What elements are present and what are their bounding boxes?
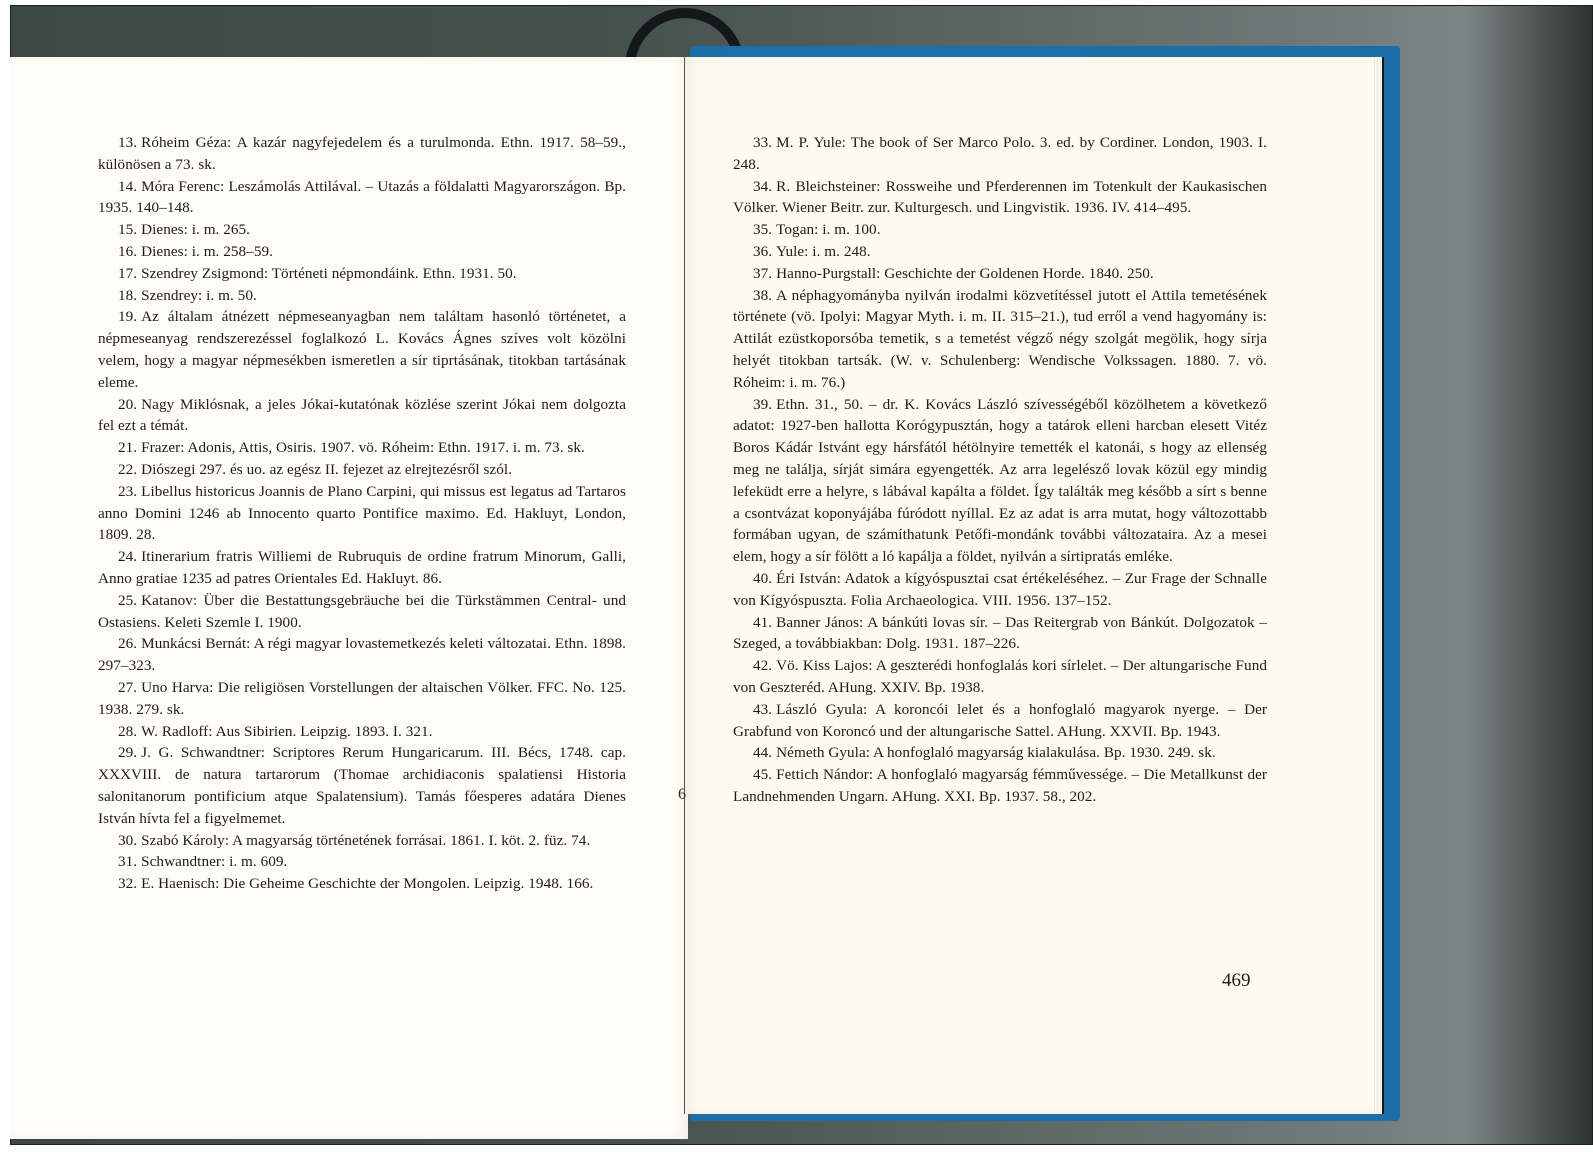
footnote-40: 40.Éri István: Adatok a kígyóspusztai cs… bbox=[733, 568, 1267, 612]
footnote-41: 41.Banner János: A bánkúti lovas sír. – … bbox=[733, 612, 1267, 656]
footnote-32: 32.E. Haenisch: Die Geheime Geschichte d… bbox=[98, 873, 626, 895]
footnote-24: 24.Itinerarium fratris Williemi de Rubru… bbox=[98, 546, 626, 590]
footnote-16: 16.Dienes: i. m. 258–59. bbox=[98, 241, 626, 263]
footnote-26: 26.Munkácsi Bernát: A régi magyar lovast… bbox=[98, 633, 626, 677]
footnote-44: 44.Németh Gyula: A honfoglaló magyarság … bbox=[733, 742, 1267, 764]
footnote-36: 36.Yule: i. m. 248. bbox=[733, 241, 1267, 263]
footnote-19: 19.Az általam átnézett népmeseanyagban n… bbox=[98, 306, 626, 393]
gutter-mark: 6 bbox=[678, 786, 686, 804]
footnote-28: 28.W. Radloff: Aus Sibirien. Leipzig. 18… bbox=[98, 721, 626, 743]
footnote-31: 31.Schwandtner: i. m. 609. bbox=[98, 851, 626, 873]
footnote-34: 34.R. Bleichsteiner: Rossweihe und Pferd… bbox=[733, 176, 1267, 220]
footnote-42: 42.Vö. Kiss Lajos: A geszterédi honfogla… bbox=[733, 655, 1267, 699]
footnote-22: 22.Diószegi 297. és uo. az egész II. fej… bbox=[98, 459, 626, 481]
footnote-18: 18.Szendrey: i. m. 50. bbox=[98, 285, 626, 307]
footnote-17: 17.Szendrey Zsigmond: Történeti népmondá… bbox=[98, 263, 626, 285]
footnote-23: 23.Libellus historicus Joannis de Plano … bbox=[98, 481, 626, 546]
footnote-30: 30.Szabó Károly: A magyarság történeténe… bbox=[98, 830, 626, 852]
footnote-38: 38.A néphagyományba nyilván irodalmi köz… bbox=[733, 285, 1267, 394]
footnote-33: 33.M. P. Yule: The book of Ser Marco Pol… bbox=[733, 132, 1267, 176]
footnote-20: 20.Nagy Miklósnak, a jeles Jókai-kutatón… bbox=[98, 394, 626, 438]
page-number: 469 bbox=[1222, 970, 1251, 992]
footnote-43: 43.László Gyula: A koroncói lelet és a h… bbox=[733, 699, 1267, 743]
left-page-notes: 13.Róheim Géza: A kazár nagyfejedelem és… bbox=[98, 132, 626, 895]
footnote-13: 13.Róheim Géza: A kazár nagyfejedelem és… bbox=[98, 132, 626, 176]
footnote-21: 21.Frazer: Adonis, Attis, Osiris. 1907. … bbox=[98, 437, 626, 459]
footnote-14: 14.Móra Ferenc: Leszámolás Attilával. – … bbox=[98, 176, 626, 220]
footnote-29: 29.J. G. Schwandtner: Scriptores Rerum H… bbox=[98, 742, 626, 829]
footnote-27: 27.Uno Harva: Die religiösen Vorstellung… bbox=[98, 677, 626, 721]
right-page-notes: 33.M. P. Yule: The book of Ser Marco Pol… bbox=[733, 132, 1267, 808]
footnote-37: 37.Hanno-Purgstall: Geschichte der Golde… bbox=[733, 263, 1267, 285]
footnote-15: 15.Dienes: i. m. 265. bbox=[98, 219, 626, 241]
footnote-45: 45.Fettich Nándor: A honfoglaló magyarsá… bbox=[733, 764, 1267, 808]
footnote-35: 35.Togan: i. m. 100. bbox=[733, 219, 1267, 241]
footnote-25: 25.Katanov: Über die Bestattungsgebräuch… bbox=[98, 590, 626, 634]
footnote-39: 39.Ethn. 31., 50. – dr. K. Kovács László… bbox=[733, 394, 1267, 568]
